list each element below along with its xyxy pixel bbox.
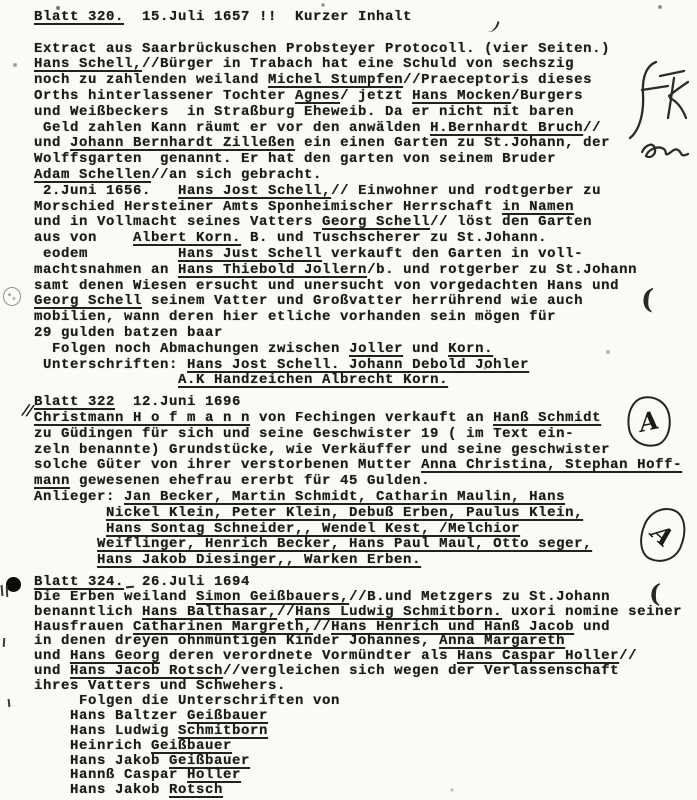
text-run: / jetzt [340, 88, 412, 104]
text-run: machtsnahmen an [34, 262, 178, 278]
margin-smudge [3, 287, 21, 306]
underlined-name: Agnes [295, 88, 340, 104]
document-line: eodem Hans Just Schell verkauft den Gart… [34, 247, 694, 263]
annotation-letter: A [646, 518, 680, 553]
text-run: aus von [34, 230, 133, 246]
underlined-name: Hans Just Schell [178, 246, 322, 262]
underlined-name: Hans Jost Schell. Johann Debold Johler [187, 357, 529, 373]
text-run: Anlieger: [34, 489, 124, 505]
document-line: Georg Schell seinem Vatter und Großvatte… [34, 294, 694, 310]
text-run: 12.Juni 1696 [115, 394, 241, 410]
document-line: und Hans Georg deren verordnete Vormündt… [34, 649, 694, 664]
text-run: und in Vollmacht seines Vatters [34, 214, 322, 230]
handwritten-insert-mark: // [22, 400, 33, 419]
text-run: Extract aus Saarbrückuschen Probsteyer P… [34, 41, 610, 57]
text-run: Wolffsgarten genannt. Er hat den garten … [34, 151, 556, 167]
document-line: benanntlich Hans Balthasar,//Hans Ludwig… [34, 605, 694, 620]
text-run: und [403, 341, 448, 357]
text-run: und [34, 663, 70, 679]
text-run: ihres Vatters und Schwehers. [34, 678, 286, 694]
underlined-name: Geißbauer [151, 738, 232, 754]
underlined-name: Hans Schell, [34, 56, 142, 72]
text-run: noch zu zahlenden weiland [34, 72, 268, 88]
document-line: Hans Sontag Schneider,, Wendel Kest, /Me… [34, 522, 694, 538]
text-run: Geld zahlen Kann räumt er vor den anwäld… [34, 120, 430, 136]
document-line: mobilien, wann deren hier etliche vorhan… [34, 310, 694, 326]
text-run: 2.Juni 1656. [34, 183, 178, 199]
underlined-name: Hans Jakob Diesinger,, Warken Erben. [97, 552, 421, 568]
scan-specks [0, 0, 2, 2]
text-run: seinem Vatter und Großvatter herrührend … [142, 293, 583, 309]
text-run: Folgen die Unterschriften von [34, 693, 340, 709]
text-run: mobilien, wann deren hier etliche vorhan… [34, 309, 556, 325]
underlined-name: Simon Geißbauers, [196, 589, 349, 605]
underlined-name: Adam Schellen [34, 167, 151, 183]
text-run: Hans Jakob [34, 782, 169, 798]
underlined-name: Hans Ludwig Schmitborn. [295, 604, 502, 620]
handwritten-note-icon [612, 56, 697, 168]
underlined-name: Hans Thiebold Jollern [178, 262, 367, 278]
document-line: zeln benannte) Grundstücke, wie Verkäuff… [34, 443, 694, 459]
underlined-name: H.Bernhardt Bruch [430, 120, 583, 136]
text-run: Unterschriften: [34, 357, 187, 373]
margin-tick [3, 638, 6, 647]
text-run: Orths hinterlassener Tochter [34, 88, 295, 104]
document-line: Hans Jakob Rotsch [34, 783, 694, 798]
document-line: Hans Ludwig Schmitborn [34, 724, 694, 739]
document-line: 29 gulden batzen baar [34, 326, 694, 342]
text-run: deren verordnete Vormündter als [160, 648, 457, 664]
text-run: und [574, 619, 610, 635]
document-line: Hans Schell,//Bürger in Trabach hat eine… [34, 57, 694, 73]
document-line: Heinrich Geißbauer [34, 739, 694, 754]
section-blatt-320: Blatt 320. 15.Juli 1657 !! Kurzer Inhalt… [34, 10, 694, 389]
document-line: Anlieger: Jan Becker, Martin Schmidt, Ca… [34, 490, 694, 506]
underlined-name: Joller [349, 341, 403, 357]
text-run: benanntlich [34, 604, 142, 620]
underlined-name: Hans Mocken [412, 88, 511, 104]
text-run: verkauft den Garten in voll- [322, 246, 583, 262]
underlined-name: A.K Handzeichen Albrecht Korn. [178, 372, 448, 388]
underlined-name: Blatt 322 [34, 394, 115, 410]
document-line: Christmann H o f m a n n von Fechingen v… [34, 411, 694, 427]
document-line: noch zu zahlenden weiland Michel Stumpfe… [34, 73, 694, 89]
underlined-name: Georg Schell [34, 293, 142, 309]
handwritten-paren-mark: ( [640, 284, 655, 316]
document-line: Adam Schellen//an sich gebracht. [34, 168, 694, 184]
text-run [34, 372, 178, 388]
text-run: /Burgers [511, 88, 583, 104]
scanned-document-page: Blatt 320. 15.Juli 1657 !! Kurzer Inhalt… [0, 0, 697, 800]
underlined-name: Hans Jost Schell, [178, 183, 331, 199]
text-run: //vergleichen sich wegen der Verlassensc… [223, 663, 619, 679]
text-run: //an sich gebracht. [151, 167, 322, 183]
document-line: und Johann Bernhardt Zilleßen ein einen … [34, 136, 694, 152]
underlined-name: Hans Sontag Schneider,, Wendel Kest, /Me… [106, 521, 520, 537]
bullet-mark [6, 577, 21, 592]
document-line: 2.Juni 1656. Hans Jost Schell,// Einwohn… [34, 184, 694, 200]
document-line: Unterschriften: Hans Jost Schell. Johann… [34, 358, 694, 374]
underlined-name: Korn. [448, 341, 493, 357]
text-run: //Praeceptoris dieses [403, 72, 592, 88]
margin-tick [8, 699, 11, 707]
underlined-name: Nickel Klein, Peter Klein, Debuß Erben, … [106, 505, 583, 521]
text-run: // [277, 604, 295, 620]
text-run: und Weißbeckers in Straßburg Eheweib. Da… [34, 104, 574, 120]
underlined-name: Anna Christina, Stephan Hoff- [421, 457, 682, 473]
text-run: // Einwohner und rodtgerber zu [331, 183, 601, 199]
document-line: Blatt 320. 15.Juli 1657 !! Kurzer Inhalt [34, 10, 694, 26]
text-run: // [619, 648, 637, 664]
document-body: Blatt 320. 15.Juli 1657 !! Kurzer Inhalt… [34, 10, 694, 798]
text-run: Heinrich [34, 738, 151, 754]
underlined-name: Christmann H o f m a n n [34, 410, 250, 426]
underlined-name: Hanß Schmidt [493, 410, 601, 426]
underlined-name: Schmitborn [178, 723, 268, 739]
underlined-name: Albert Korn. [133, 230, 241, 246]
text-run: Hans Ludwig [34, 723, 178, 739]
underlined-name: Johann Bernhardt Zilleßen [70, 135, 295, 151]
section-blatt-324: Blatt 324. 26.Juli 1694Die Erben weiland… [34, 575, 694, 798]
text-run: zeln benannte) Grundstücke, wie Verkäuff… [34, 442, 610, 458]
underlined-name: Rotsch [169, 782, 223, 798]
annotation-letter: A [636, 405, 661, 437]
underlined-name: Jan Becker, Martin Schmidt, Catharin Mau… [124, 489, 565, 505]
document-line: Weiflinger, Henrich Becker, Hans Paul Ma… [34, 537, 694, 553]
document-line: Nickel Klein, Peter Klein, Debuß Erben, … [34, 506, 694, 522]
text-run: Morschied Hersteiner Amts Sponheimischer… [34, 199, 502, 215]
underlined-name: Blatt 320. [34, 9, 124, 25]
margin-tick [1, 585, 4, 596]
text-run [34, 521, 106, 537]
document-line: A.K Handzeichen Albrecht Korn. [34, 373, 694, 389]
handwritten-paren-mark: ( [648, 579, 661, 608]
text-run: und [34, 135, 70, 151]
text-run [34, 505, 106, 521]
document-line: Hans Jakob Diesinger,, Warken Erben. [34, 553, 694, 569]
text-run: samt denen Wiesen ersucht und unersucht … [34, 278, 619, 294]
text-run: //B.und Metzgers zu St.Johann [349, 589, 610, 605]
underlined-name: Hans Balthasar, [142, 604, 277, 620]
document-line: machtsnahmen an Hans Thiebold Jollern/b.… [34, 263, 694, 279]
text-run: /b. und rotgerber zu St.Johann [367, 262, 637, 278]
document-line: zu Güdingen für sich und seine Geschwist… [34, 427, 694, 443]
document-line: mann gewesenen ehefrau ererbt für 45 Gul… [34, 474, 694, 490]
underlined-name: Georg Schell [322, 214, 430, 230]
text-run: // [583, 120, 601, 136]
document-line: Geld zahlen Kann räumt er vor den anwäld… [34, 121, 694, 137]
text-run [34, 552, 97, 568]
text-run: 15.Juli 1657 !! Kurzer Inhalt [124, 9, 412, 25]
underlined-name: Michel Stumpfen [268, 72, 403, 88]
document-line: Hans Baltzer Geißbauer [34, 709, 694, 724]
text-run: gewesenen ehefrau ererbt für 45 Gulden. [70, 473, 430, 489]
text-run: Die Erben weiland [34, 589, 196, 605]
underlined-name: Hans Georg [70, 648, 160, 664]
document-line: Blatt 322 12.Juni 1696 [34, 395, 694, 411]
document-line: aus von Albert Korn. B. und Tuschscherer… [34, 231, 694, 247]
text-run: 29 gulden batzen baar [34, 325, 223, 341]
section-blatt-322: Blatt 322 12.Juni 1696Christmann H o f m… [34, 395, 694, 569]
text-run: zu Güdingen für sich und seine Geschwist… [34, 426, 574, 442]
document-line: Die Erben weiland Simon Geißbauers,//B.u… [34, 590, 694, 605]
text-run: von Fechingen verkauft an [250, 410, 493, 426]
document-line [34, 26, 694, 42]
document-line: Orths hinterlassener Tochter Agnes/ jetz… [34, 89, 694, 105]
text-run: // löst den Garten [430, 214, 592, 230]
text-run: 26.Juli 1694 [124, 574, 250, 590]
document-line: und in Vollmacht seines Vatters Georg Sc… [34, 215, 694, 231]
document-line: und Weißbeckers in Straßburg Eheweib. Da… [34, 105, 694, 121]
underlined-name: Weiflinger, Henrich Becker, Hans Paul Ma… [97, 536, 592, 552]
text-run: solche Güter von ihrer verstorbenen Mutt… [34, 457, 421, 473]
document-line: samt denen Wiesen ersucht und unersucht … [34, 279, 694, 295]
underlined-name: Blatt 324. [34, 574, 124, 590]
document-line: und Hans Jacob Rotsch//vergleichen sich … [34, 664, 694, 679]
text-run [34, 536, 97, 552]
text-run: //Bürger in Trabach hat eine Schuld von … [142, 56, 574, 72]
underlined-name: in Namen [502, 199, 574, 215]
text-run: Hans Baltzer [34, 708, 187, 724]
underlined-name: Hans Jacob Rotsch [70, 663, 223, 679]
document-line: solche Güter von ihrer verstorbenen Mutt… [34, 458, 694, 474]
underlined-name: mann [34, 473, 70, 489]
text-run: ein einen Garten zu St.Johann, der [295, 135, 610, 151]
document-line: Morschied Hersteiner Amts Sponheimischer… [34, 200, 694, 216]
document-line: ihres Vatters und Schwehers. [34, 679, 694, 694]
text-run: Folgen noch Abmachungen zwischen [34, 341, 349, 357]
document-line: Folgen die Unterschriften von [34, 694, 694, 709]
underlined-name: Geißbauer [187, 708, 268, 724]
document-line: Folgen noch Abmachungen zwischen Joller … [34, 342, 694, 358]
document-line: Wolffsgarten genannt. Er hat den garten … [34, 152, 694, 168]
text-run: eodem [34, 246, 178, 262]
underlined-name: Hans Caspar Holler [457, 648, 619, 664]
text-run: und [34, 648, 70, 664]
text-run: B. und Tuschscherer zu St.Johann. [241, 230, 547, 246]
